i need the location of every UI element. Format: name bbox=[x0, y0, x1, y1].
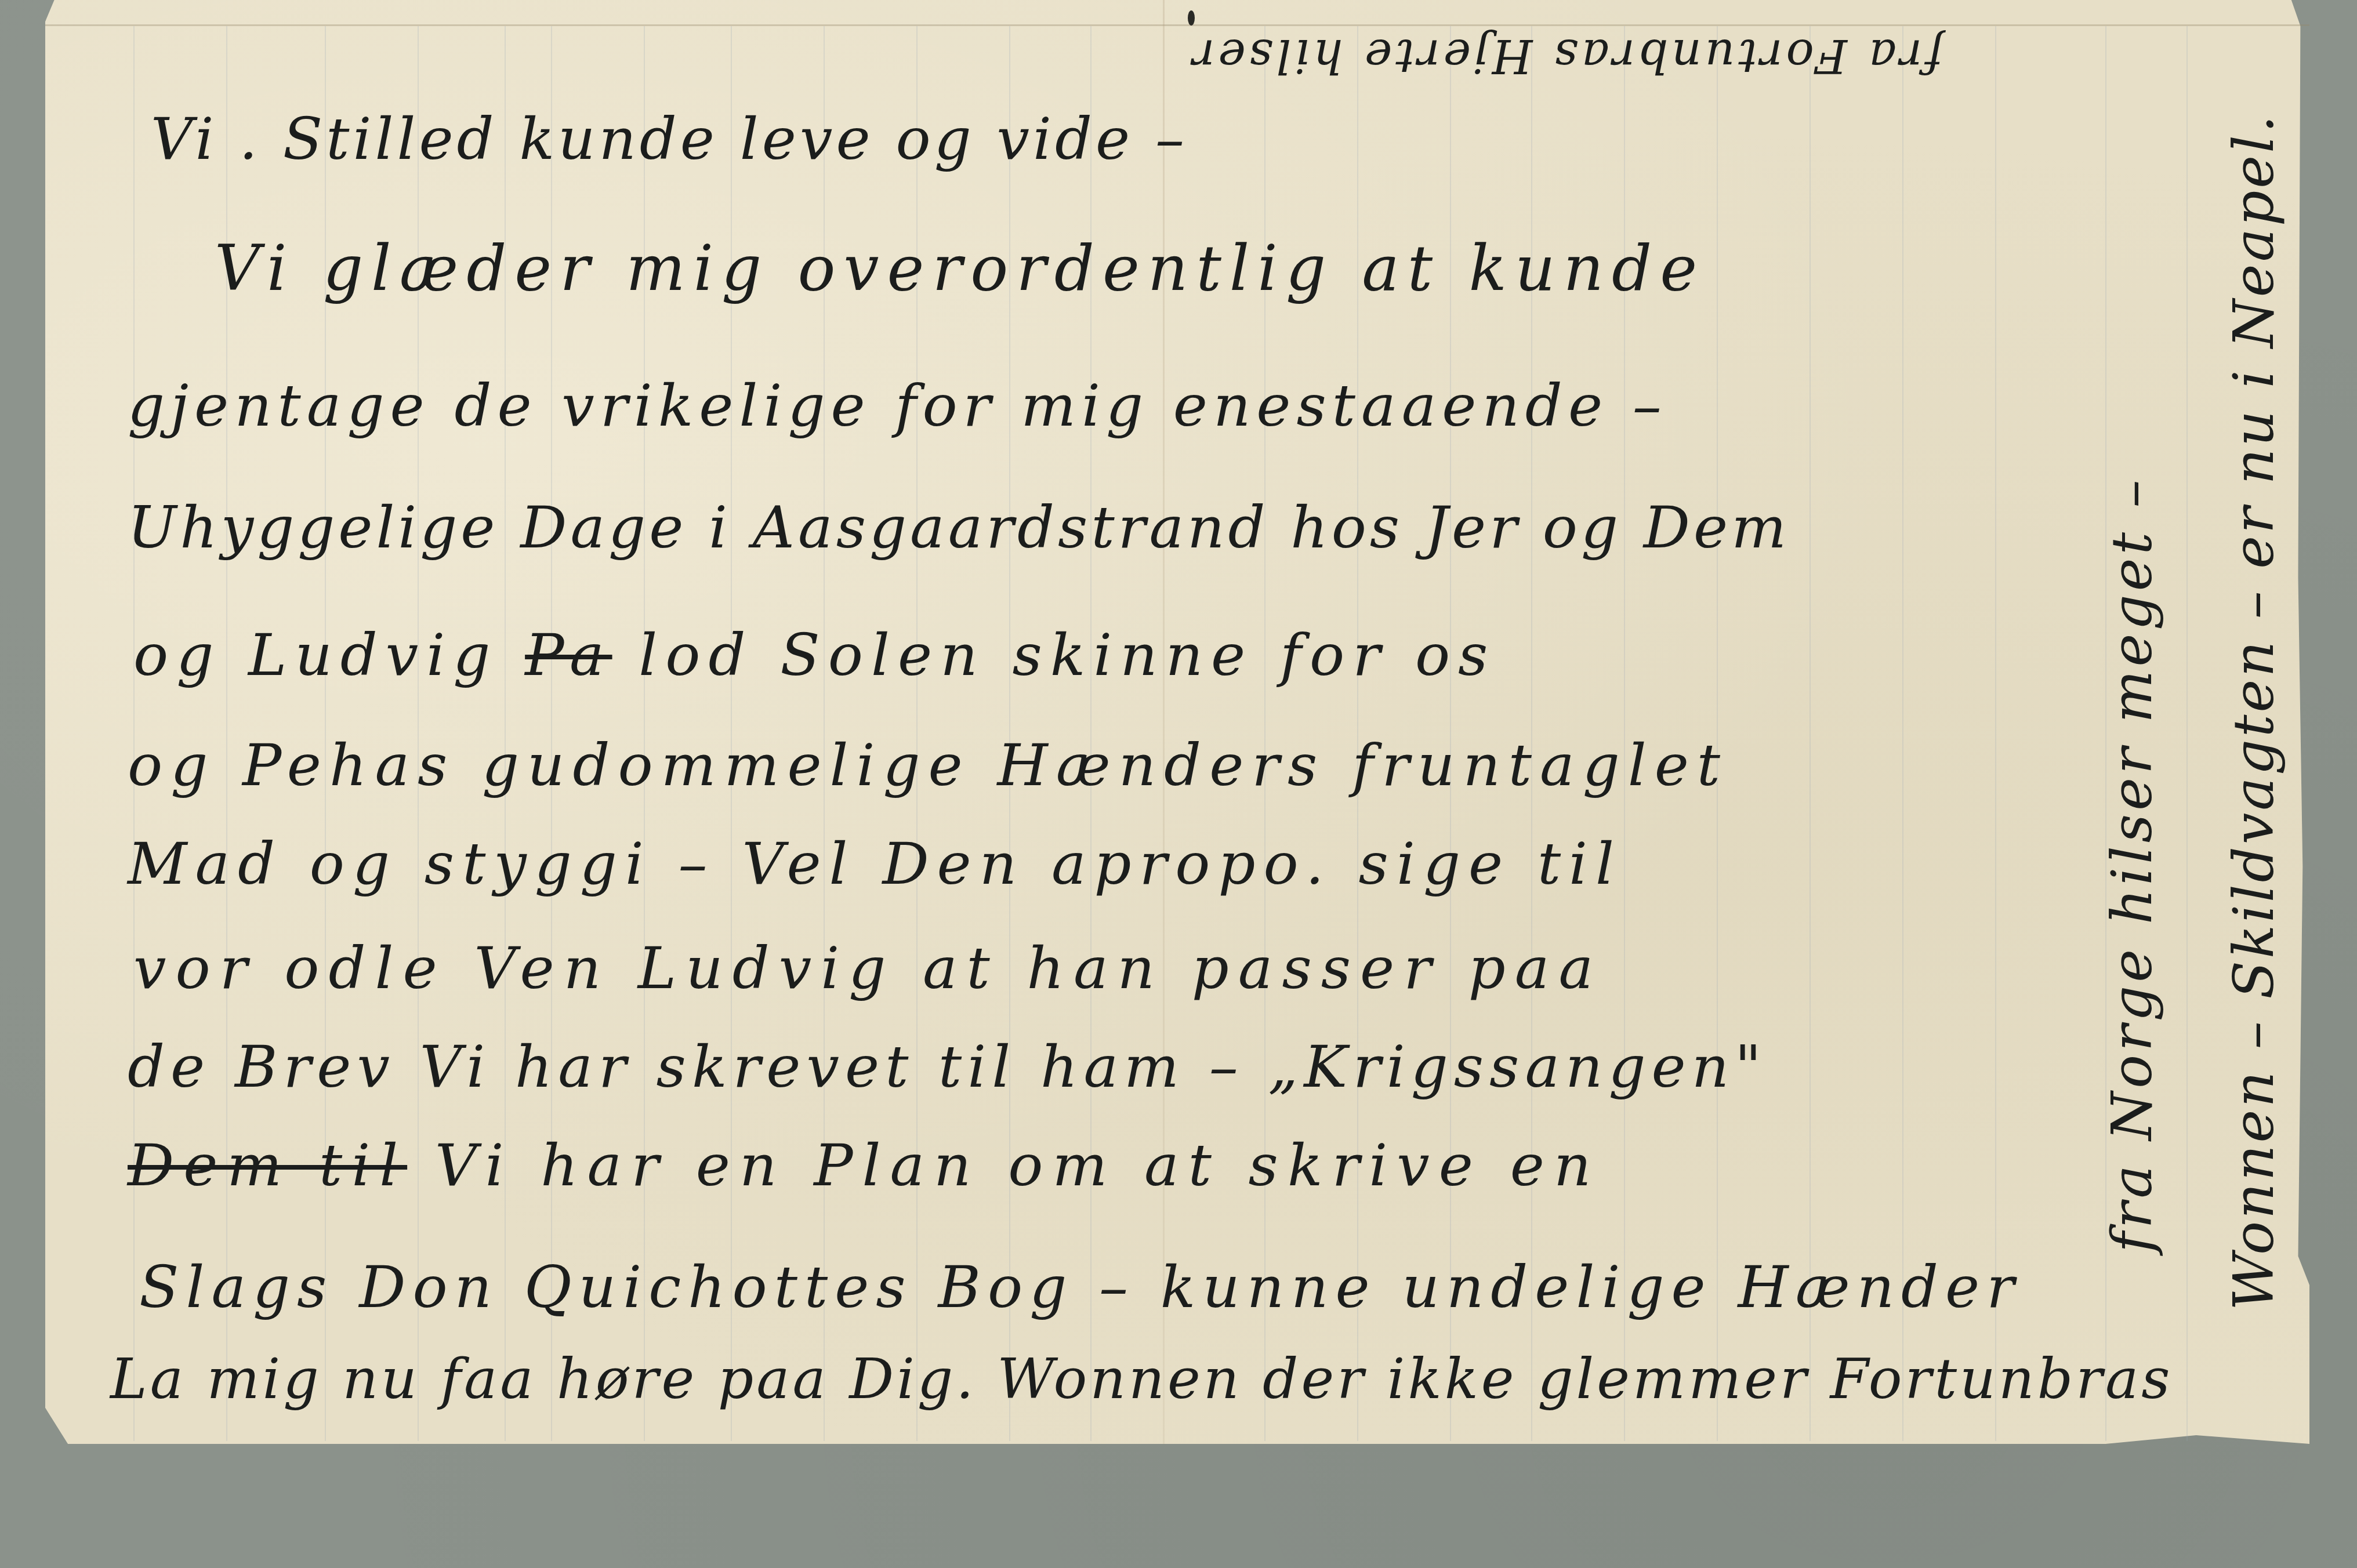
center-fold-crease bbox=[1163, 0, 1165, 1444]
letter-line-3: gjentage de vrikelige for mig enestaaend… bbox=[128, 377, 1667, 435]
letter-line-2: Vi glæder mig overordentlig at kunde bbox=[215, 238, 1705, 300]
letter-line-5-pre: og Ludvig bbox=[133, 621, 498, 689]
ruled-line bbox=[1902, 26, 1903, 1441]
letter-line-10: Dem til Vi har en Plan om at skrive en bbox=[128, 1137, 1600, 1195]
margin-note-2: Wonnen – Skildvagten – er nu i Neapel. bbox=[2221, 113, 2286, 1311]
letter-line-1: Vi . Stilled kunde leve og vide – bbox=[151, 110, 1188, 168]
struck-out-word: Pa bbox=[525, 621, 612, 689]
letter-line-11: Slags Don Quichottes Bog – kunne undelig… bbox=[139, 1258, 2021, 1316]
top-fold-crease bbox=[45, 24, 2309, 26]
letter-line-12: La mig nu faa høre paa Dig. Wonnen der i… bbox=[110, 1351, 2173, 1407]
ink-blot bbox=[1188, 10, 1195, 26]
letter-line-5-post: lod Solen skinne for os bbox=[639, 621, 1496, 689]
letter-line-5: og Ludvig Pa lod Solen skinne for os bbox=[133, 626, 1496, 684]
letter-line-7: Mad og styggi – Vel Den apropo. sige til bbox=[128, 835, 1622, 893]
struck-out-phrase: Dem til bbox=[128, 1131, 407, 1199]
ruled-line bbox=[1810, 26, 1811, 1441]
letter-line-9: de Brev Vi har skrevet til ham – „Krigss… bbox=[128, 1038, 1767, 1096]
upside-down-header-text: fra Fortunbras Hjerte hilser bbox=[1067, 29, 2065, 83]
margin-note-1: fra Norge hilser meget – bbox=[2099, 476, 2164, 1253]
letter-line-4: Uhyggelige Dage i Aasgaardstrand hos Jer… bbox=[128, 499, 1790, 557]
ruled-line bbox=[2186, 26, 2188, 1441]
letter-line-6: og Pehas gudommelige Hænders fruntaglet bbox=[128, 736, 1728, 794]
letter-line-8: vor odle Ven Ludvig at han passer paa bbox=[133, 939, 1602, 997]
letter-line-10-post: Vi har en Plan om at skrive en bbox=[435, 1131, 1600, 1199]
ruled-line bbox=[1995, 26, 1996, 1441]
letter-sheet bbox=[45, 0, 2309, 1444]
